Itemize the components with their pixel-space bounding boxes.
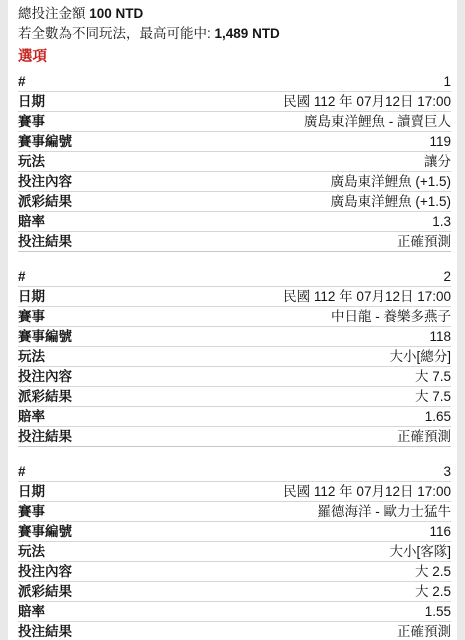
odds-value: 1.3 — [432, 214, 451, 229]
match-id-row: 賽事編號 118 — [18, 327, 451, 347]
payout-result-value: 廣島東洋鯉魚 (+1.5) — [331, 194, 451, 209]
play-type-value: 大小[總分] — [389, 349, 451, 364]
match-row: 賽事 廣島東洋鯉魚 - 讀賣巨人 — [18, 112, 451, 132]
match-id-label: 賽事編號 — [18, 524, 72, 539]
match-label: 賽事 — [18, 309, 45, 324]
odds-label: 賠率 — [18, 214, 45, 229]
total-bet-label: 總投注金額 — [18, 6, 86, 21]
payout-result-row: 派彩結果 大 7.5 — [18, 387, 451, 407]
bet-block-3: # 3 日期 民國 112 年 07月12日 17:00 賽事 羅德海洋 - 歐… — [18, 462, 451, 640]
odds-value: 1.65 — [425, 409, 451, 424]
date-value: 民國 112 年 07月12日 17:00 — [283, 484, 451, 499]
payout-result-label: 派彩結果 — [18, 389, 72, 404]
bet-block-2: # 2 日期 民國 112 年 07月12日 17:00 賽事 中日龍 - 養樂… — [18, 267, 451, 447]
index-value: 1 — [443, 74, 451, 89]
bet-result-row: 投注結果 正確預測 — [18, 427, 451, 447]
bet-result-row: 投注結果 正確預測 — [18, 622, 451, 640]
match-id-row: 賽事編號 119 — [18, 132, 451, 152]
max-win-value: 1,489 NTD — [215, 26, 280, 41]
date-label: 日期 — [18, 289, 45, 304]
index-row: # 1 — [18, 72, 451, 92]
payout-result-row: 派彩結果 廣島東洋鯉魚 (+1.5) — [18, 192, 451, 212]
odds-label: 賠率 — [18, 604, 45, 619]
play-type-row: 玩法 大小[客隊] — [18, 542, 451, 562]
bet-content-row: 投注內容 大 2.5 — [18, 562, 451, 582]
match-row: 賽事 中日龍 - 養樂多燕子 — [18, 307, 451, 327]
date-row: 日期 民國 112 年 07月12日 17:00 — [18, 92, 451, 112]
max-win-label: 若全數為不同玩法，最高可能中: — [18, 26, 211, 41]
index-value: 2 — [443, 269, 451, 284]
index-label: # — [18, 74, 26, 89]
date-value: 民國 112 年 07月12日 17:00 — [283, 94, 451, 109]
total-bet-line: 總投注金額 100 NTD — [18, 4, 451, 24]
bet-result-row: 投注結果 正確預測 — [18, 232, 451, 252]
payout-result-row: 派彩結果 大 2.5 — [18, 582, 451, 602]
bet-content-row: 投注內容 大 7.5 — [18, 367, 451, 387]
date-value: 民國 112 年 07月12日 17:00 — [283, 289, 451, 304]
play-type-label: 玩法 — [18, 544, 45, 559]
bet-result-value: 正確預測 — [397, 429, 451, 444]
bet-content-value: 廣島東洋鯉魚 (+1.5) — [331, 174, 451, 189]
match-label: 賽事 — [18, 114, 45, 129]
play-type-row: 玩法 讓分 — [18, 152, 451, 172]
bet-result-label: 投注結果 — [18, 624, 72, 639]
odds-row: 賠率 1.65 — [18, 407, 451, 427]
match-label: 賽事 — [18, 504, 45, 519]
match-id-label: 賽事編號 — [18, 134, 72, 149]
bet-content-value: 大 2.5 — [415, 564, 451, 579]
play-type-label: 玩法 — [18, 349, 45, 364]
options-section-title: 選項 — [18, 50, 451, 65]
index-label: # — [18, 464, 26, 479]
odds-label: 賠率 — [18, 409, 45, 424]
payout-result-label: 派彩結果 — [18, 194, 72, 209]
match-id-value: 116 — [429, 524, 451, 539]
bet-slip-card: 投注金額 100 NTD 總投注金額 100 NTD 若全數為不同玩法，最高可能… — [8, 0, 457, 640]
index-value: 3 — [443, 464, 451, 479]
bet-content-value: 大 7.5 — [415, 369, 451, 384]
match-id-row: 賽事編號 116 — [18, 522, 451, 542]
play-type-value: 大小[客隊] — [389, 544, 451, 559]
index-row: # 3 — [18, 462, 451, 482]
play-type-row: 玩法 大小[總分] — [18, 347, 451, 367]
match-value: 中日龍 - 養樂多燕子 — [331, 309, 451, 324]
bet-content-label: 投注內容 — [18, 369, 72, 384]
odds-value: 1.55 — [425, 604, 451, 619]
bet-result-label: 投注結果 — [18, 234, 72, 249]
play-type-label: 玩法 — [18, 154, 45, 169]
max-win-line: 若全數為不同玩法，最高可能中: 1,489 NTD — [18, 24, 451, 44]
bet-result-value: 正確預測 — [397, 624, 451, 639]
payout-result-value: 大 2.5 — [415, 584, 451, 599]
index-row: # 2 — [18, 267, 451, 287]
match-id-label: 賽事編號 — [18, 329, 72, 344]
match-row: 賽事 羅德海洋 - 歐力士猛牛 — [18, 502, 451, 522]
index-label: # — [18, 269, 26, 284]
date-row: 日期 民國 112 年 07月12日 17:00 — [18, 482, 451, 502]
payout-result-value: 大 7.5 — [415, 389, 451, 404]
match-id-value: 119 — [429, 134, 451, 149]
match-id-value: 118 — [429, 329, 451, 344]
payout-result-label: 派彩結果 — [18, 584, 72, 599]
odds-row: 賠率 1.3 — [18, 212, 451, 232]
play-type-value: 讓分 — [424, 154, 451, 169]
bet-content-label: 投注內容 — [18, 564, 72, 579]
bet-content-label: 投注內容 — [18, 174, 72, 189]
clipped-top-text: 投注金額 100 NTD — [18, 0, 451, 3]
match-value: 廣島東洋鯉魚 - 讀賣巨人 — [304, 114, 451, 129]
total-bet-value: 100 NTD — [89, 6, 143, 21]
bet-content-row: 投注內容 廣島東洋鯉魚 (+1.5) — [18, 172, 451, 192]
bet-result-value: 正確預測 — [397, 234, 451, 249]
date-row: 日期 民國 112 年 07月12日 17:00 — [18, 287, 451, 307]
date-label: 日期 — [18, 94, 45, 109]
date-label: 日期 — [18, 484, 45, 499]
odds-row: 賠率 1.55 — [18, 602, 451, 622]
match-value: 羅德海洋 - 歐力士猛牛 — [318, 504, 452, 519]
bet-result-label: 投注結果 — [18, 429, 72, 444]
bet-block-1: # 1 日期 民國 112 年 07月12日 17:00 賽事 廣島東洋鯉魚 -… — [18, 72, 451, 252]
